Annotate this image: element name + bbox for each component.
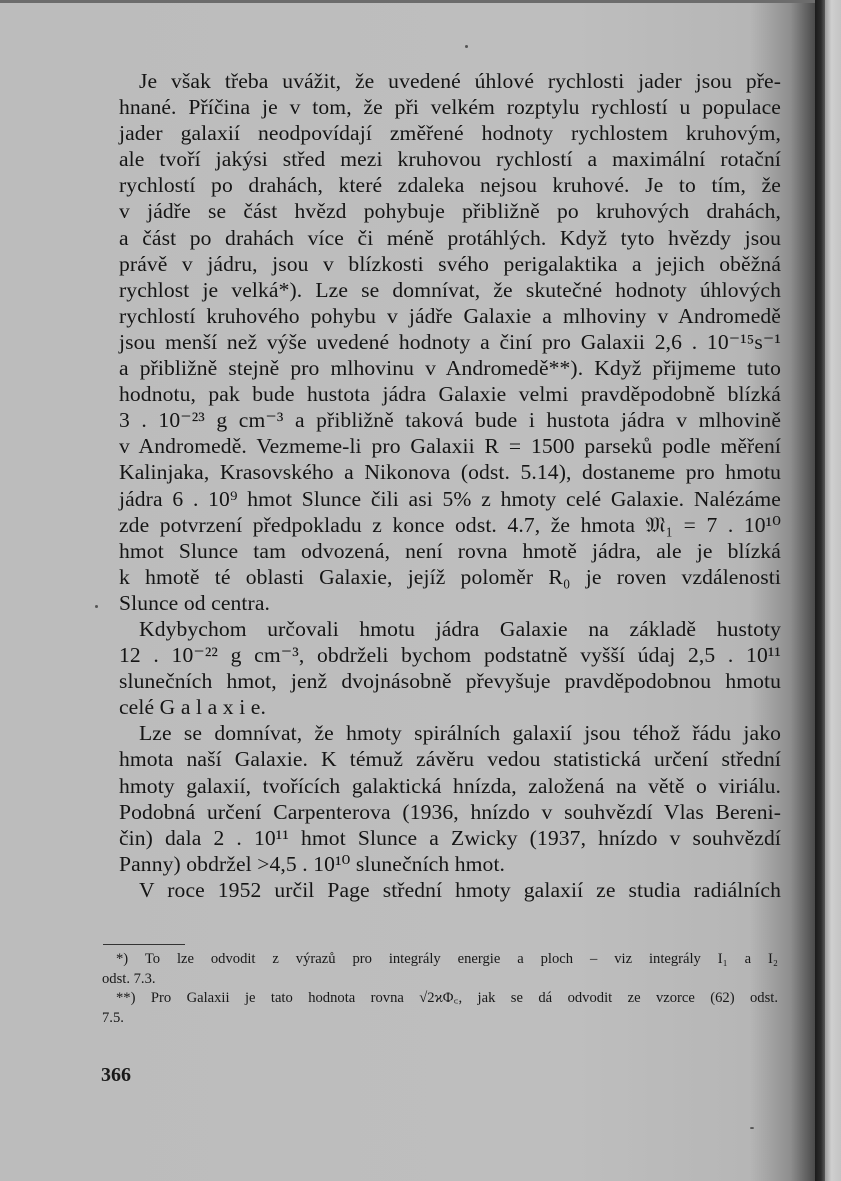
text-line: hmot Slunce tam odvozená, není rovna hmo… (99, 538, 781, 564)
paragraph: Je však třeba uvážit, že uvedené úhlové … (99, 68, 781, 616)
adjacent-page-edge (825, 0, 841, 1181)
text-line: hmota naší Galaxie. K témuž závěru vedou… (99, 746, 781, 772)
footnote-divider (103, 944, 185, 945)
body-text: Je však třeba uvážit, že uvedené úhlové … (99, 68, 781, 903)
paragraph: V roce 1952 určil Page střední hmoty gal… (99, 877, 781, 903)
text-line: rychlostí po drahách, které zdaleka nejs… (99, 172, 781, 198)
text-line: hnané. Příčina je v tom, že při velkém r… (99, 94, 781, 120)
text-line: Lze se domnívat, že hmoty spirálních gal… (99, 720, 781, 746)
paper-speck (95, 605, 98, 608)
text-line: Je však třeba uvážit, že uvedené úhlové … (99, 68, 781, 94)
text-line: ale tvoří jakýsi střed mezi kruhovou ryc… (99, 146, 781, 172)
text-line: jader galaxií neodpovídají změřené hodno… (99, 120, 781, 146)
text-line: jsou menší než výše uvedené hodnoty a či… (99, 329, 781, 355)
paper-speck (465, 45, 468, 48)
page-top-edge (0, 0, 815, 3)
footnote-line: 7.5. (102, 1009, 778, 1029)
text-line: rychlostí kruhového pohybu v jádře Galax… (99, 303, 781, 329)
text-line: Podobná určení Carpenterova (1936, hnízd… (99, 799, 781, 825)
text-line: 12 . 10⁻²² g cm⁻³, obdrželi bychom podst… (99, 642, 781, 668)
text-line: a část po drahách více či méně protáhlýc… (99, 225, 781, 251)
footnote-2: **) Pro Galaxii je tato hodnota rovna √2… (102, 989, 778, 1028)
text-line: slunečních hmot, jenž dvojnásobně převyš… (99, 668, 781, 694)
text-line: čin) dala 2 . 10¹¹ hmot Slunce a Zwicky … (99, 825, 781, 851)
text-line: Kalinjaka, Krasovského a Nikonova (odst.… (99, 459, 781, 485)
text-line: Panny) obdržel >4,5 . 10¹⁰ slunečních hm… (99, 851, 781, 877)
footnote-1: *) To lze odvodit z výrazů pro integrály… (102, 950, 778, 989)
text-line: Kdybychom určovali hmotu jádra Galaxie n… (99, 616, 781, 642)
paper-speck (750, 1127, 754, 1129)
text-line: k hmotě té oblasti Galaxie, jejíž polomě… (99, 564, 781, 590)
text-line: rychlost je velká*). Lze se domnívat, že… (99, 277, 781, 303)
text-line: v Andromedě. Vezmeme-li pro Galaxii R = … (99, 433, 781, 459)
footnote-line: odst. 7.3. (102, 970, 778, 990)
page-number: 366 (101, 1064, 131, 1087)
paragraph: Kdybychom určovali hmotu jádra Galaxie n… (99, 616, 781, 720)
text-line: Slunce od centra. (99, 590, 781, 616)
text-line: celé G a l a x i e. (99, 694, 781, 720)
text-line: v jádře se část hvězd pohybuje přibližně… (99, 198, 781, 224)
footnotes: *) To lze odvodit z výrazů pro integrály… (102, 950, 778, 1028)
text-line: zde potvrzení předpokladu z konce odst. … (99, 512, 781, 538)
text-line: V roce 1952 určil Page střední hmoty gal… (99, 877, 781, 903)
text-line: a přibližně stejně pro mlhovinu v Androm… (99, 355, 781, 381)
footnote-line: **) Pro Galaxii je tato hodnota rovna √2… (102, 989, 778, 1009)
text-line: právě v jádru, jsou v blízkosti svého pe… (99, 251, 781, 277)
text-line: hodnotu, pak bude hustota jádra Galaxie … (99, 381, 781, 407)
footnote-line: *) To lze odvodit z výrazů pro integrály… (102, 950, 778, 970)
text-line: 3 . 10⁻²³ g cm⁻³ a přibližně taková bude… (99, 407, 781, 433)
paragraph: Lze se domnívat, že hmoty spirálních gal… (99, 720, 781, 877)
book-spine-shadow (815, 0, 825, 1181)
text-line: hmoty galaxií, tvořících galaktická hníz… (99, 773, 781, 799)
text-line: jádra 6 . 10⁹ hmot Slunce čili asi 5% z … (99, 486, 781, 512)
